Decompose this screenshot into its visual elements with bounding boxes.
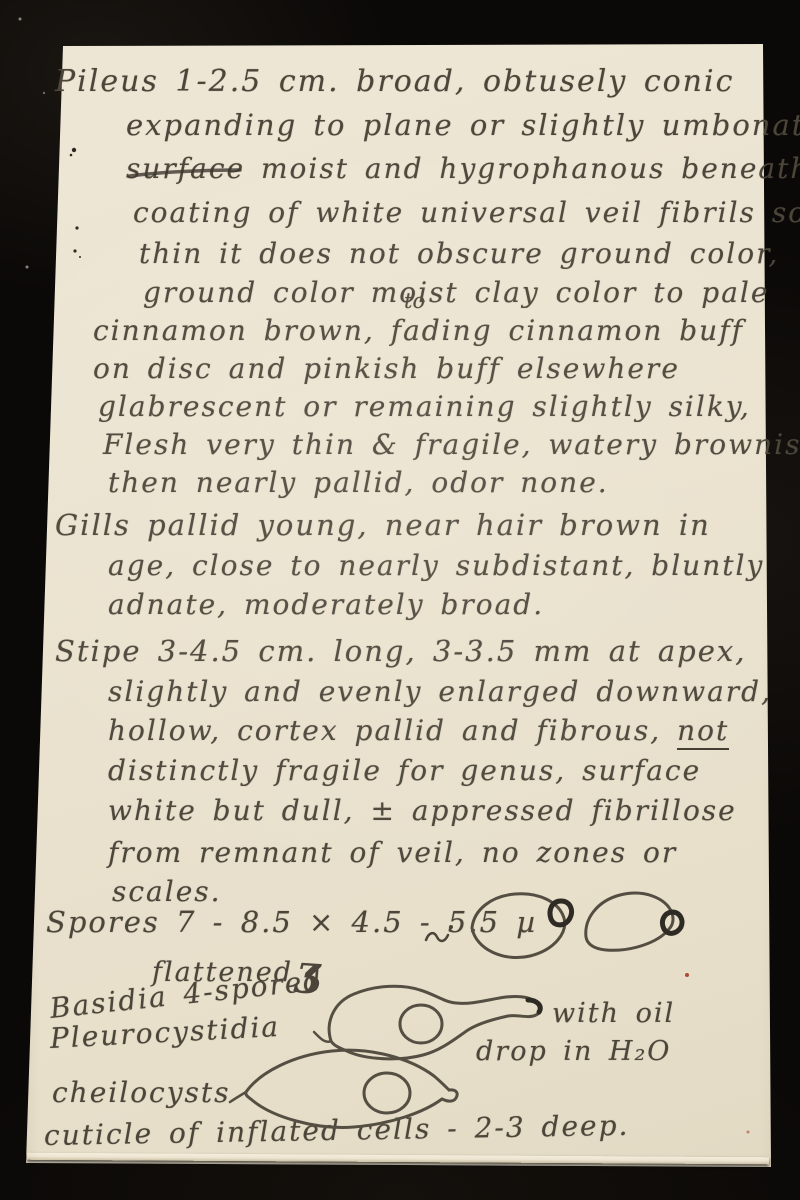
stipe-line-5: white but dull, ± appressed fibrillose <box>108 794 737 827</box>
dust-specks <box>19 18 46 269</box>
oil-note-line-2: drop in H₂O <box>476 1036 671 1067</box>
stipe-line-1: Stipe 3-4.5 cm. long, 3-3.5 mm at apex, <box>55 634 746 668</box>
stipe-line-3-text: hollow, cortex pallid and fibrous, <box>108 714 677 747</box>
pileus-veil-line: coating of white universal veil fibrils … <box>133 196 800 229</box>
stipe-line-3: hollow, cortex pallid and fibrous, not <box>108 714 729 747</box>
glabrescent-line: glabrescent or remaining slightly silky, <box>98 390 751 423</box>
pileus-ground-color-line: thin it does not obscure ground color, <box>139 237 779 270</box>
stipe-line-2: slightly and evenly enlarged downward, <box>108 675 772 708</box>
cheilocystidia-label: cheilocysts <box>52 1076 231 1109</box>
stipe-line-6: from remnant of veil, no zones or <box>108 836 677 869</box>
gills-line-1: Gills pallid young, near hair brown in <box>55 508 711 542</box>
disc-color-line: on disc and pinkish buff elsewhere <box>93 352 680 385</box>
flesh-odor-line: then nearly pallid, odor none. <box>108 466 609 499</box>
stipe-scales-line: scales. <box>112 875 222 908</box>
flesh-line: Flesh very thin & fragile, watery browni… <box>103 428 800 461</box>
fading-text: cinnamon brown, fading <box>93 314 493 347</box>
gills-line-3: adnate, moderately broad. <box>108 588 544 621</box>
ground-color-line: ground color moist clay color to pale <box>143 276 769 309</box>
spores-line: Spores 7 - 8.5 × 4.5 - 5.5 µ <box>46 905 537 939</box>
oil-note-line-1: with oil <box>552 998 675 1029</box>
pileus-size-line: Pileus 1-2.5 cm. broad, obtusely conic <box>55 64 734 99</box>
photograph-of-index-card: Pileus 1-2.5 cm. broad, obtusely conic e… <box>0 0 800 1200</box>
inserted-word-to: to <box>404 289 425 313</box>
underlined-word-not: not <box>677 714 729 750</box>
fading-text-after: cinnamon buff <box>493 314 744 347</box>
pileus-surface-line: surface moist and hygrophanous beneath a <box>126 152 800 185</box>
pileus-shape-line: expanding to plane or slightly umbonate <box>126 108 800 142</box>
gills-line-2: age, close to nearly subdistant, bluntly <box>108 549 764 582</box>
cinnamon-fading-line: cinnamon brown, fading cinnamon buff <box>93 314 744 347</box>
stipe-line-4: distinctly fragile for genus, surface <box>108 754 701 787</box>
